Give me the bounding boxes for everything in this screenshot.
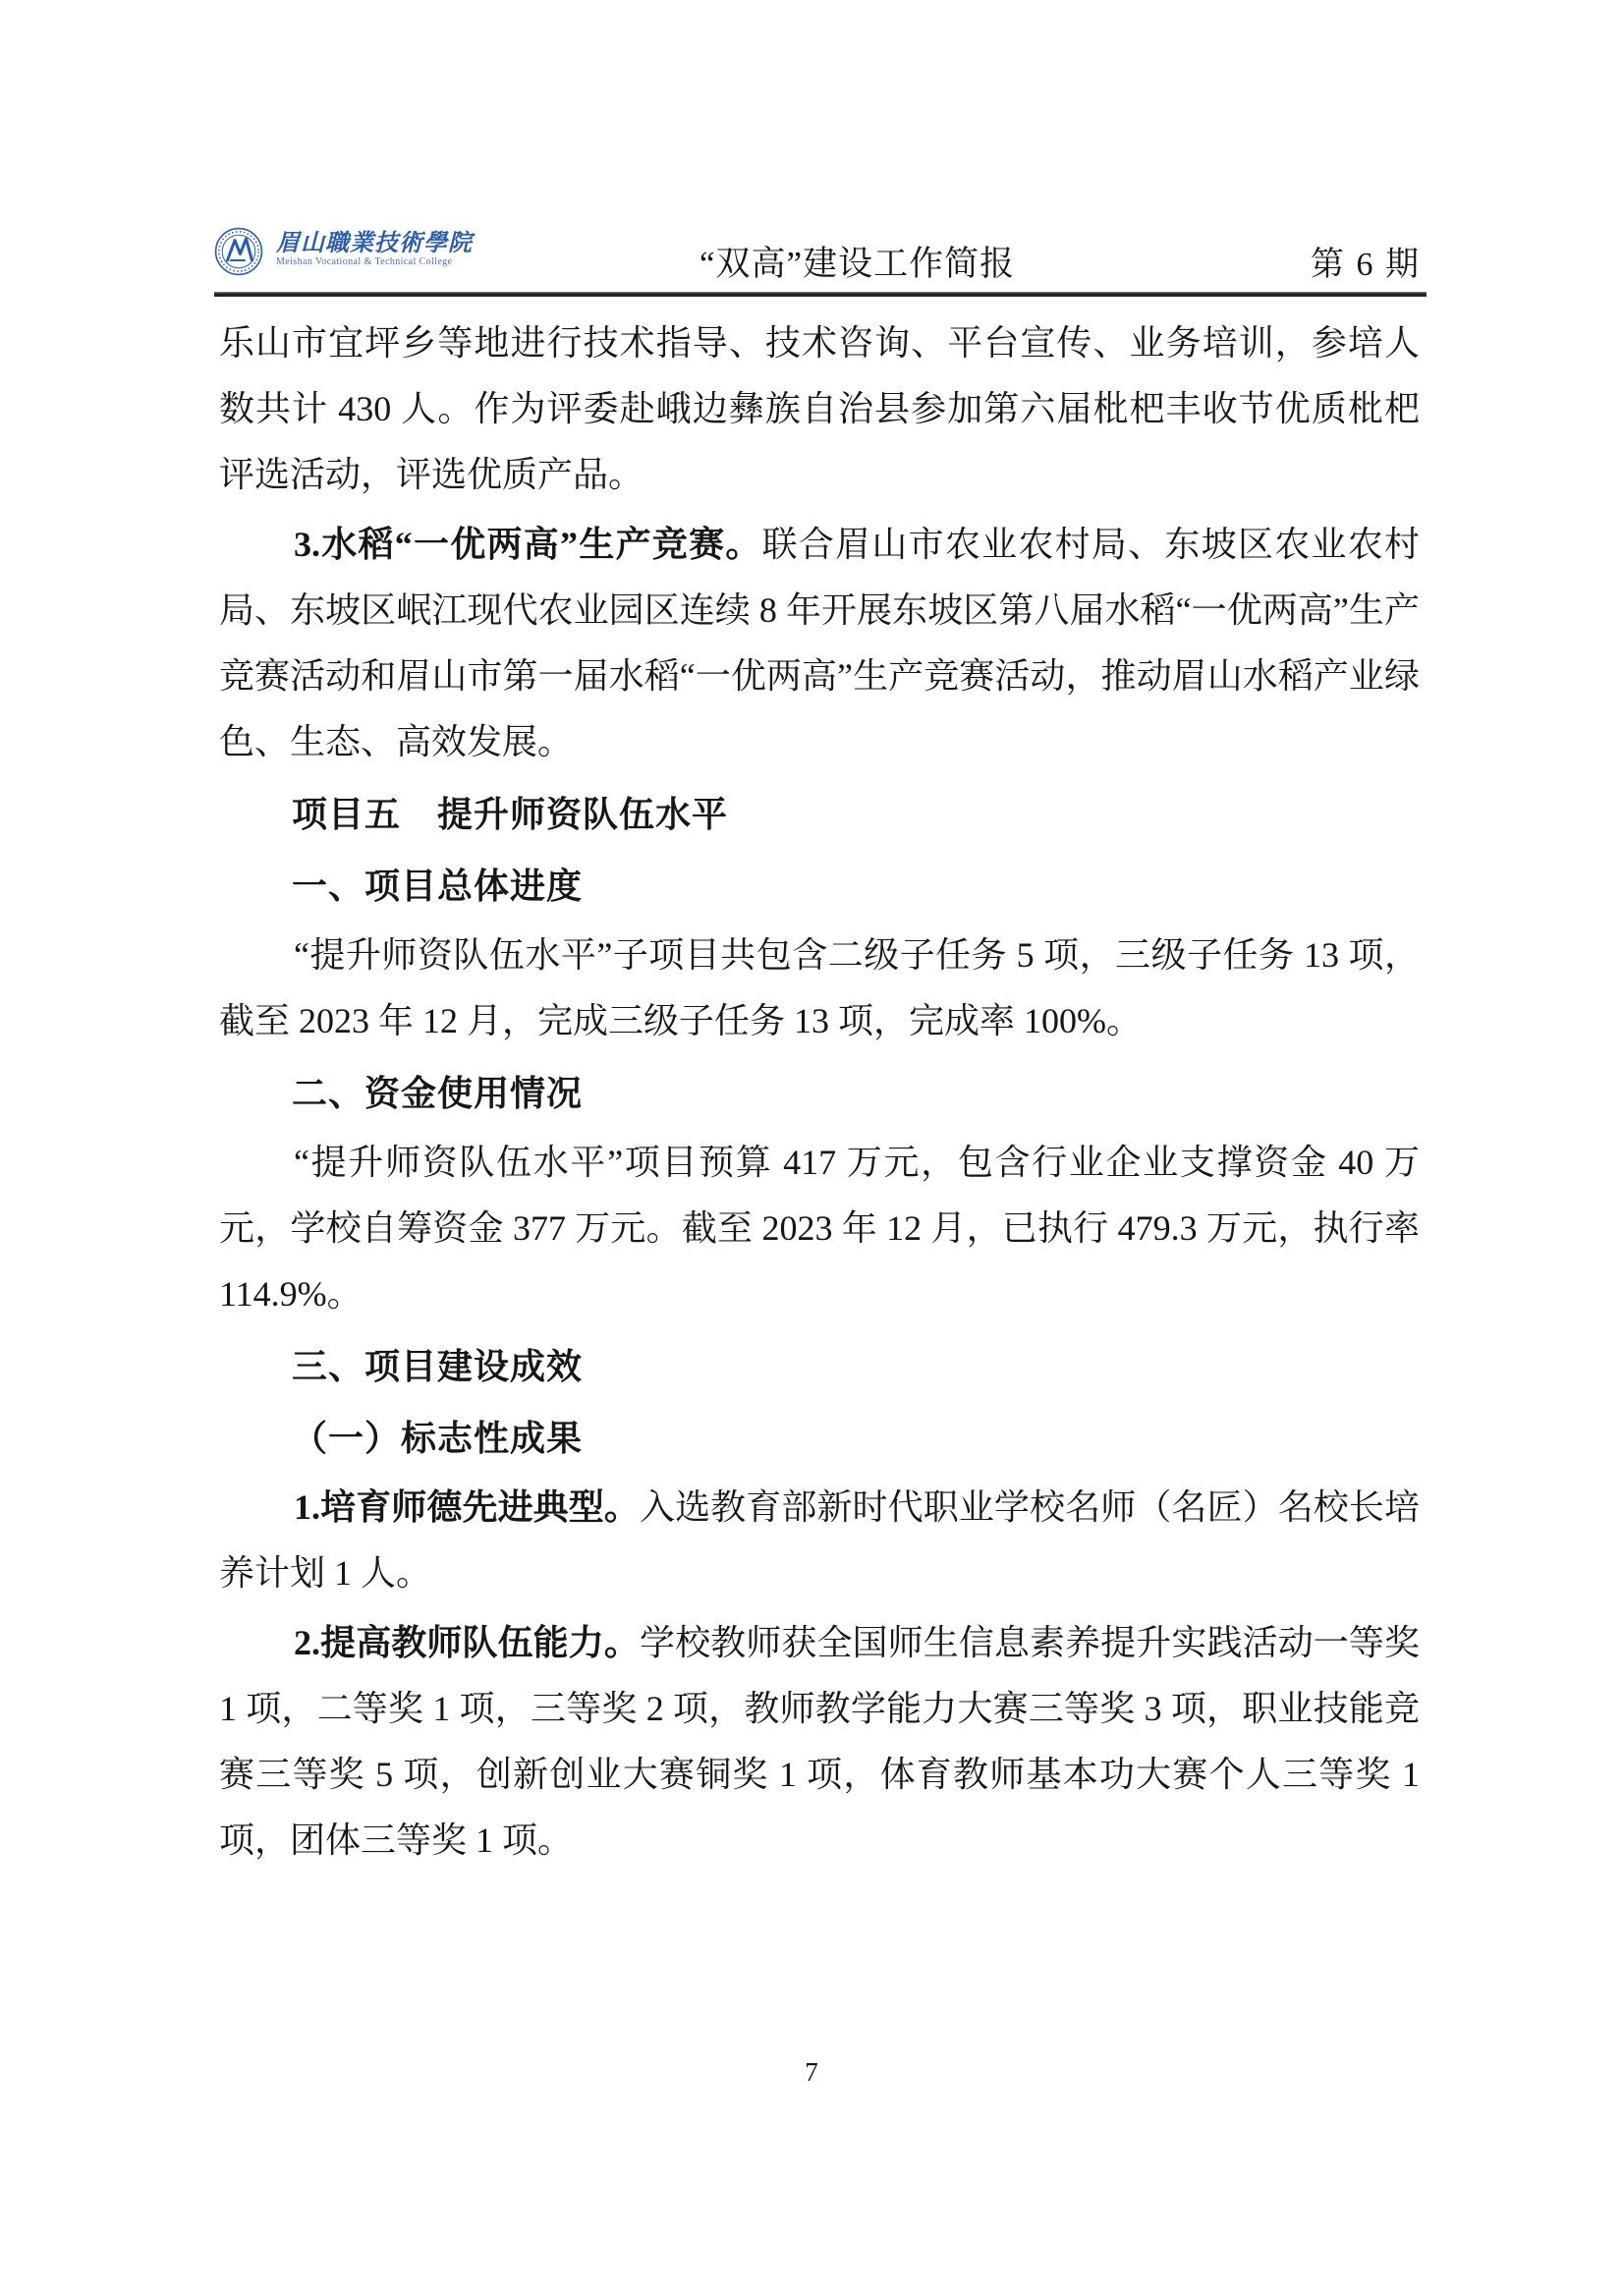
college-logo: 眉山職業技術學院 Meishan Vocational & Technical … — [214, 227, 473, 276]
paragraph-bold-lead: 1.培育师德先进典型。 — [294, 1487, 640, 1527]
college-seal-icon — [214, 227, 263, 276]
body-paragraph: “提升师资队伍水平”子项目共包含二级子任务 5 项，三级子任务 13 项，截至 … — [219, 923, 1420, 1054]
header-rule — [214, 292, 1427, 297]
college-name-zh: 眉山職業技術學院 — [276, 231, 473, 256]
body-paragraph: 乐山市宜坪乡等地进行技术指导、技术咨询、平台宣传、业务培训，参培人数共计 430… — [219, 310, 1420, 508]
paragraph-text: “提升师资队伍水平”项目预算 417 万元，包含行业企业支撑资金 40 万元，学… — [219, 1143, 1420, 1314]
college-name-block: 眉山職業技術學院 Meishan Vocational & Technical … — [276, 227, 473, 268]
body-paragraph: “提升师资队伍水平”项目预算 417 万元，包含行业企业支撑资金 40 万元，学… — [219, 1130, 1420, 1327]
paragraph-bold-lead: 3.水稻“一优两高”生产竞赛。 — [294, 525, 762, 564]
section-heading: 三、项目建设成效 — [219, 1333, 1420, 1399]
page-number: 7 — [0, 2057, 1623, 2087]
body-paragraph: 3.水稻“一优两高”生产竞赛。联合眉山市农业农村局、东坡区农业农村局、东坡区岷江… — [219, 512, 1420, 775]
section-heading: 二、资金使用情况 — [219, 1060, 1420, 1126]
document-page: 眉山職業技術學院 Meishan Vocational & Technical … — [0, 0, 1623, 2296]
document-body: 乐山市宜坪乡等地进行技术指导、技术咨询、平台宣传、业务培训，参培人数共计 430… — [219, 307, 1420, 1877]
paragraph-text: “提升师资队伍水平”子项目共包含二级子任务 5 项，三级子任务 13 项，截至 … — [219, 935, 1420, 1040]
page-header: 眉山職業技術學院 Meishan Vocational & Technical … — [216, 224, 1427, 303]
issue-number: 第 6 期 — [1311, 248, 1421, 283]
subsection-heading: （一）标志性成果 — [219, 1405, 1420, 1471]
body-paragraph: 2.提高教师队伍能力。学校教师获全国师生信息素养提升实践活动一等奖 1 项，二等… — [219, 1610, 1420, 1874]
section-heading: 一、项目总体进度 — [219, 853, 1420, 919]
project-heading: 项目五 提升师资队伍水平 — [219, 781, 1420, 847]
paragraph-bold-lead: 2.提高教师队伍能力。 — [294, 1623, 640, 1662]
college-name-en: Meishan Vocational & Technical College — [276, 256, 473, 268]
body-paragraph: 1.培育师德先进典型。入选教育部新时代职业学校名师（名匠）名校长培养计划 1 人… — [219, 1475, 1420, 1606]
paragraph-text: 乐山市宜坪乡等地进行技术指导、技术咨询、平台宣传、业务培训，参培人数共计 430… — [219, 323, 1420, 494]
bulletin-title: “双高”建设工作简报 — [700, 246, 1015, 283]
